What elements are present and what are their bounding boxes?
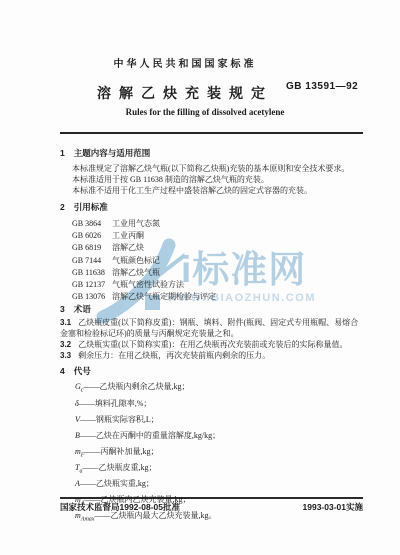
header-divider (60, 132, 363, 134)
section-2-heading: 2引用标准 (60, 202, 365, 213)
standard-code: GB 6819 (72, 242, 112, 254)
symbol-definition: ——乙炔瓶实重,kg； (80, 479, 154, 488)
section-title: 主题内容与适用范围 (74, 148, 151, 158)
section-number: 4 (60, 366, 65, 376)
symbol-row: mF——丙酮补加量,kg； (60, 446, 365, 462)
standard-ref-row: GB 13076溶解乙炔气瓶定期检验与评定 (60, 291, 365, 303)
clause-number: 3.1 (60, 318, 71, 327)
symbol-subscript: Amax (81, 517, 95, 523)
standard-code: GB 6026 (72, 230, 112, 242)
symbol-definition: ——钢瓶实际容积,L； (80, 415, 159, 424)
symbol-definition: ——乙炔瓶内剩余乙炔量,kg； (83, 382, 189, 391)
standard-code: GB 3864 (72, 218, 112, 230)
symbol-row: Gc——乙炔瓶内剩余乙炔量,kg； (60, 381, 365, 397)
section-title: 代号 (74, 366, 91, 376)
standard-name: 气瓶气密性试验方法 (112, 279, 184, 291)
clause-number: 3.3 (60, 351, 71, 360)
clause-number: 3.2 (60, 340, 71, 349)
section-3-heading: 3术语 (60, 304, 365, 315)
symbol-row: δ——填料孔隙率,%； (60, 398, 365, 414)
clause-text: 剩余压力：在用乙炔瓶，再次充装前瓶内剩余的压力。 (78, 351, 270, 360)
clause: 3.1乙炔瓶皮重(以下简称皮重)：钢瓶、填料、附件(瓶阀、固定式专用瓶帽、易熔合… (60, 317, 365, 339)
symbol-row: Ta——乙炔瓶皮重,kg； (60, 462, 365, 478)
standard-code: GB 13076 (72, 291, 112, 303)
standard-code: GB 12137 (72, 279, 112, 291)
symbol-row: mAmax——乙炔瓶内最大乙炔充装量,kg。 (60, 510, 365, 526)
standard-ref-row: GB 7144气瓶颜色标记 (60, 255, 365, 267)
terms-clauses: 3.1乙炔瓶皮重(以下简称皮重)：钢瓶、填料、附件(瓶阀、固定式专用瓶帽、易熔合… (60, 317, 365, 361)
symbol-row: V——钢瓶实际容积,L； (60, 414, 365, 430)
paragraph: 本标准适用于按 GB 11638 制造的溶解乙炔气瓶的充装。 (60, 174, 365, 185)
standard-code: GB 7144 (72, 255, 112, 267)
clause-text: 乙炔瓶实重(以下简称实重)：在用乙炔瓶再次充装前或充装后的实际称量值。 (78, 340, 347, 349)
section-number: 3 (60, 304, 65, 314)
symbol-definition: ——乙炔瓶内乙炔充装量,kg； (84, 495, 190, 504)
standard-ref-row: GB 6026工业丙酮 (60, 230, 365, 242)
paragraph: 本标准不适用于化工生产过程中盛装溶解乙炔的固定式容器的充装。 (60, 185, 365, 196)
standard-type-heading: 中华人民共和国国家标准 (60, 55, 310, 70)
symbol-row: mA——乙炔瓶内乙炔充装量,kg； (60, 494, 365, 510)
symbols-list: Gc——乙炔瓶内剩余乙炔量,kg； δ——填料孔隙率,%； V——钢瓶实际容积,… (60, 381, 365, 526)
section-1-heading: 1主题内容与适用范围 (60, 148, 365, 159)
symbol-definition: ——乙炔在丙酮中的重量溶解度,kg/kg； (80, 431, 220, 440)
document-body: 1主题内容与适用范围 本标准规定了溶解乙炔气瓶(以下简称乙炔瓶)充装的基本原则和… (60, 143, 365, 526)
standard-ref-row: GB 6819溶解乙炔 (60, 242, 365, 254)
section-number: 1 (60, 148, 65, 158)
clause-text: 乙炔瓶皮重(以下简称皮重)：钢瓶、填料、附件(瓶阀、固定式专用瓶帽、易熔合金塞和… (60, 318, 358, 338)
clause: 3.3剩余压力：在用乙炔瓶，再次充装前瓶内剩余的压力。 (60, 350, 365, 361)
standard-name: 溶解乙炔气瓶 (112, 267, 160, 279)
symbol-row: A——乙炔瓶实重,kg； (60, 478, 365, 494)
standard-name: 工业丙酮 (112, 230, 144, 242)
symbol-row: B——乙炔在丙酮中的重量溶解度,kg/kg； (60, 430, 365, 446)
standard-code: GB 11638 (72, 267, 112, 279)
clause: 3.2乙炔瓶实重(以下简称实重)：在用乙炔瓶再次充装前或充装后的实际称量值。 (60, 339, 365, 350)
paragraph: 本标准规定了溶解乙炔气瓶(以下简称乙炔瓶)充装的基本原则和安全技术要求。 (60, 163, 365, 174)
referenced-standards-list: GB 3864工业用气态氮 GB 6026工业丙酮 GB 6819溶解乙炔 GB… (60, 218, 365, 303)
section-4-heading: 4代号 (60, 366, 365, 377)
standard-ref-row: GB 3864工业用气态氮 (60, 218, 365, 230)
symbol-definition: ——乙炔瓶皮重,kg； (82, 463, 156, 472)
standard-name: 工业用气态氮 (112, 218, 160, 230)
standard-ref-row: GB 12137气瓶气密性试验方法 (60, 279, 365, 291)
section-number: 2 (60, 202, 65, 212)
section-title: 引用标准 (74, 202, 108, 212)
standard-name: 溶解乙炔 (112, 242, 144, 254)
standard-name: 气瓶颜色标记 (112, 255, 160, 267)
page-subtitle-english: Rules for the filling of dissolved acety… (60, 107, 350, 117)
section-title: 术语 (74, 304, 91, 314)
page-title: 溶解乙炔充装规定 (60, 83, 310, 103)
document-page: i标准网 WWW.iBIAOZHUN.COM 中华人民共和国国家标准 GB 13… (0, 0, 400, 555)
symbol-definition: ——填料孔隙率,%； (79, 399, 152, 408)
symbol-definition: ——丙酮补加量,kg； (84, 447, 158, 456)
section-1-paragraphs: 本标准规定了溶解乙炔气瓶(以下简称乙炔瓶)充装的基本原则和安全技术要求。 本标准… (60, 163, 365, 196)
standard-name: 溶解乙炔气瓶定期检验与评定 (112, 291, 216, 303)
standard-ref-row: GB 11638溶解乙炔气瓶 (60, 267, 365, 279)
symbol-definition: ——乙炔瓶内最大乙炔充装量,kg。 (94, 511, 216, 520)
